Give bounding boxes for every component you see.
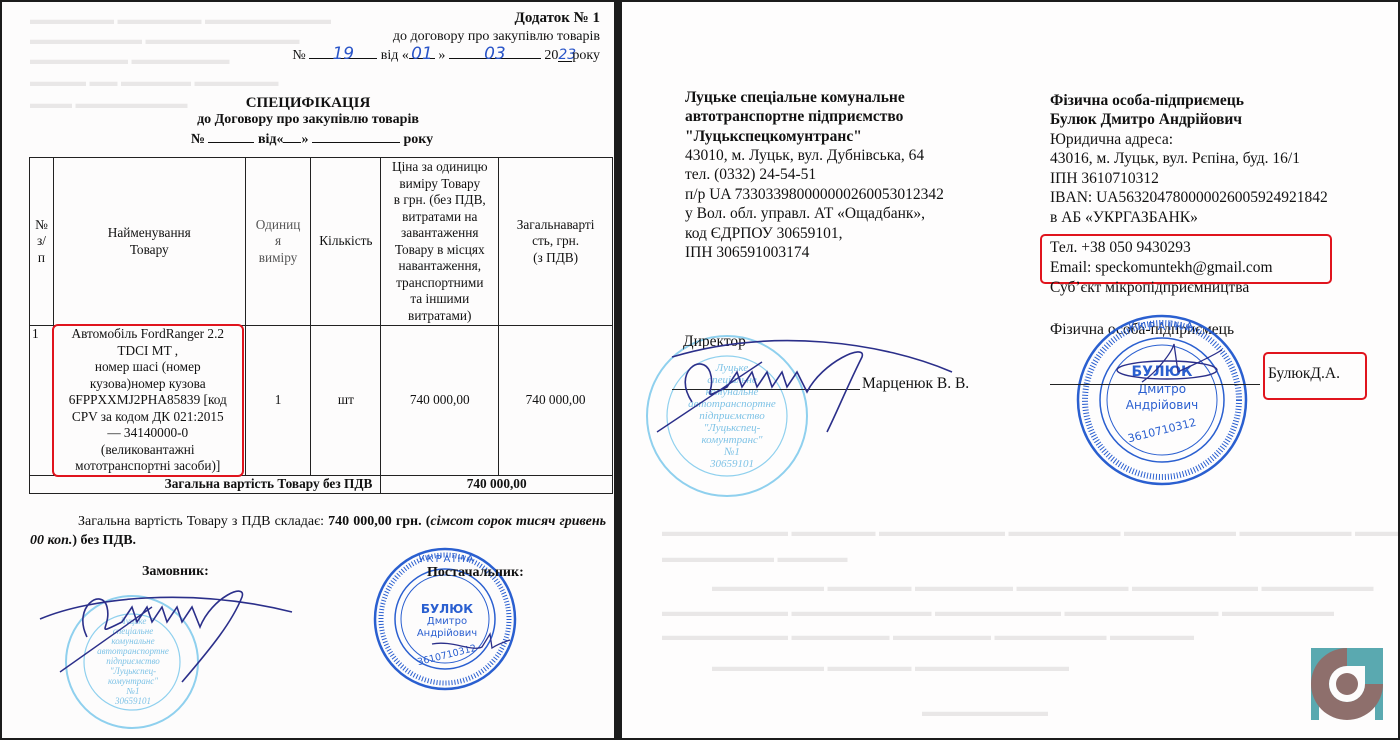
text-line: ІПН 306591003174 xyxy=(685,243,944,262)
appendix-title: Додаток № 1 xyxy=(515,10,600,27)
text-line: в АБ «УКРГАЗБАНК» xyxy=(1050,208,1328,227)
text-line: я xyxy=(248,233,309,250)
supplier-details: Юридична адреса:43016, м. Луцьк, вул. Рє… xyxy=(1050,130,1328,227)
text-line: — 34140000-0 xyxy=(56,425,240,442)
bleed-through-text: ▬▬▬▬▬▬▬▬▬ ▬▬▬▬▬▬▬▬▬▬ ▬▬▬▬▬▬▬▬▬ ▬▬▬▬▬▬▬▬▬… xyxy=(662,602,1334,623)
contract-day: 01 xyxy=(411,44,433,64)
from-label: від« xyxy=(258,132,284,147)
text-line: ІПН 3610710312 xyxy=(1050,169,1328,188)
total-value: 740 000,00 xyxy=(381,475,613,493)
bleed-through-text: ▬▬▬▬▬▬▬▬ ▬▬▬▬▬▬ ▬▬▬▬▬▬▬▬▬▬▬ xyxy=(712,657,1069,678)
text-line: Товару xyxy=(56,242,243,259)
customer-company-details: 43010, м. Луцьк, вул. Дубнівська, 64тел.… xyxy=(685,146,944,262)
text-line: навантаження, xyxy=(383,258,496,275)
bleed-through-text: ▬▬▬▬▬▬▬▬▬ ▬▬▬▬▬▬ ▬▬▬▬▬▬▬▬▬ ▬▬▬▬▬▬▬▬ ▬▬▬▬… xyxy=(662,522,1398,543)
bleed-through-text: ▬▬▬▬ ▬▬ ▬▬▬▬▬ ▬▬▬▬▬▬ xyxy=(30,72,279,93)
director-signature xyxy=(632,332,962,442)
text-line: (з ПДВ) xyxy=(501,250,610,267)
header-price: Ціна за одиницювиміру Товарув грн. (без … xyxy=(381,158,499,326)
row-num: 1 xyxy=(30,326,54,476)
row-total: 740 000,00 xyxy=(499,326,613,476)
header-total: Загальнавартість, грн.(з ПДВ) xyxy=(499,158,613,326)
spec-subtitle: до Договору про закупівлю товарів xyxy=(2,112,614,128)
supplier-stamp-surname: БУЛЮК xyxy=(397,602,497,616)
text-line: п xyxy=(32,250,51,267)
supplier-stamp-country: УКРАЇНА xyxy=(392,554,502,565)
number-prefix: № xyxy=(292,48,305,63)
appendix-subtitle: до договору про закупівлю товарів xyxy=(393,29,600,45)
text-line: Луцьке спеціальне комунальне xyxy=(685,88,905,107)
bleed-through-text: ▬▬▬▬▬▬▬▬▬ ▬▬▬▬▬▬▬ ▬▬▬▬▬▬▬ ▬▬▬▬▬▬▬▬ ▬▬▬▬▬… xyxy=(662,626,1194,647)
total-label: Загальна вартість Товару без ПДВ xyxy=(30,475,381,493)
text-line: IBAN: UA563204780000026005924921842 xyxy=(1050,188,1328,207)
text-line: та іншими xyxy=(383,291,496,308)
text-line: Фізична особа-підприємець xyxy=(1050,91,1244,110)
bleed-through-text: ▬▬▬▬▬▬▬▬ ▬▬▬▬▬ xyxy=(662,548,848,569)
text-line: номер шасі (номер xyxy=(56,359,240,376)
text-line: у Вол. обл. управл. АТ «Ощадбанк», xyxy=(685,204,944,223)
text-line: в грн. (без ПДВ, xyxy=(383,192,496,209)
text-line: транспортними xyxy=(383,275,496,292)
year-prefix: 20 xyxy=(544,48,558,63)
text-line: 30659101 xyxy=(682,458,782,470)
spec-title: СПЕЦИФІКАЦІЯ xyxy=(2,95,614,112)
text-line: мототранспортні засоби)] xyxy=(56,458,240,475)
text-line: "Луцькспецкомунтранс" xyxy=(685,127,905,146)
text-line: завантаження xyxy=(383,225,496,242)
text-line: Кількість xyxy=(313,233,378,250)
summary-lead: Загальна вартість Товару з ПДВ складає: xyxy=(78,514,324,529)
text-line: Найменування xyxy=(56,225,243,242)
row-qty: шт xyxy=(311,326,381,476)
text-line: №1 xyxy=(88,686,178,696)
text-line: (великовантажні xyxy=(56,442,240,459)
text-line: витратами) xyxy=(383,308,496,325)
text-line: 6FPPXXMJ2PHA85839 [код xyxy=(56,392,240,409)
text-line: Булюк Дмитро Андрійович xyxy=(1050,110,1244,129)
text-line: Автомобіль FordRanger 2.2 xyxy=(56,326,240,343)
bleed-through-text: ▬▬▬▬▬▬▬▬ ▬▬▬▬▬▬ ▬▬▬▬▬▬▬ ▬▬▬▬▬▬▬▬ ▬▬▬▬▬▬▬… xyxy=(712,577,1374,598)
contract-details-page: ▬▬▬▬▬▬▬▬▬ ▬▬▬▬▬▬ ▬▬▬▬▬▬▬▬▬ ▬▬▬▬▬▬▬▬ ▬▬▬▬… xyxy=(622,2,1398,738)
bleed-through-text: ▬▬▬▬▬▬▬▬ ▬▬▬▬▬▬▬▬▬▬▬ xyxy=(30,30,300,51)
year-suffix: року xyxy=(403,132,433,147)
text-line: Ціна за одиницю xyxy=(383,159,496,176)
text-line: 30659101 xyxy=(88,696,178,706)
summary-paragraph: Загальна вартість Товару з ПДВ складає: … xyxy=(30,512,606,550)
text-line: TDCI MT , xyxy=(56,343,240,360)
entrepreneur-name: БулюкД.А. xyxy=(1268,364,1340,383)
row-name: Автомобіль FordRanger 2.2TDCI MT ,номер … xyxy=(53,326,245,476)
text-line: тел. (0332) 24-54-51 xyxy=(685,165,944,184)
supplier-name: Фізична особа-підприємецьБулюк Дмитро Ан… xyxy=(1050,91,1244,130)
header-name: НайменуванняТовару xyxy=(53,158,245,326)
text-line: виміру xyxy=(248,250,309,267)
supplier-signature xyxy=(432,622,512,662)
row-price: 740 000,00 xyxy=(381,326,499,476)
blank-number xyxy=(208,128,254,143)
specification-table: №з/п НайменуванняТовару Одиницявиміру Кі… xyxy=(29,157,613,494)
text-line: Товару в місцях xyxy=(383,242,496,259)
text-line: №1 xyxy=(682,446,782,458)
text-line: витратами на xyxy=(383,209,496,226)
summary-amount: 740 000,00 грн. xyxy=(328,514,421,529)
text-line: Загальнаварті xyxy=(501,217,610,234)
paren-close: ) xyxy=(72,533,77,548)
supplier-email: Email: speckomuntekh@gmail.com xyxy=(1050,258,1273,277)
text-line: автотранспортне підприємство xyxy=(685,107,905,126)
text-line: сть, грн. xyxy=(501,233,610,250)
table-row: 1 Автомобіль FordRanger 2.2TDCI MT ,номе… xyxy=(30,326,613,476)
text-line: 43010, м. Луцьк, вул. Дубнівська, 64 xyxy=(685,146,944,165)
text-line: Одиниц xyxy=(248,217,309,234)
entrepreneur-stamp-patronymic: Андрійович xyxy=(1112,398,1212,412)
appendix-number-line: № 19 від «01 » 03 2023року xyxy=(292,44,600,64)
text-line: Юридична адреса: xyxy=(1050,130,1328,149)
header-num: №з/п xyxy=(30,158,54,326)
table-total-row: Загальна вартість Товару без ПДВ 740 000… xyxy=(30,475,613,493)
bleed-through-text: ▬▬▬▬▬▬ ▬▬▬▬▬▬ ▬▬▬▬▬▬▬▬▬ xyxy=(30,10,331,31)
bleed-through-text: ▬▬▬▬▬▬▬ ▬▬▬▬▬▬▬ xyxy=(30,50,230,71)
specification-page: ▬▬▬▬▬▬ ▬▬▬▬▬▬ ▬▬▬▬▬▬▬▬▬ ▬▬▬▬▬▬▬▬ ▬▬▬▬▬▬▬… xyxy=(2,2,614,738)
text-line: CPV за кодом ДК 021:2015 xyxy=(56,409,240,426)
number-prefix: № xyxy=(191,132,205,147)
summary-tail: без ПДВ. xyxy=(81,533,137,548)
customer-signature xyxy=(32,577,292,687)
supplier-phone: Тел. +38 050 9430293 xyxy=(1050,238,1191,257)
contract-month: 03 xyxy=(484,44,506,64)
highlighted-product-name: Автомобіль FordRanger 2.2TDCI MT ,номер … xyxy=(54,326,242,475)
text-line: 43016, м. Луцьк, вул. Рєпіна, буд. 16/1 xyxy=(1050,149,1328,168)
mid-mark: » xyxy=(301,132,308,147)
entrepreneur-stamp-country: УКРАЇНА xyxy=(1112,320,1212,333)
text-line: кузова)номер кузова xyxy=(56,376,240,393)
header-unit: Одиницявиміру xyxy=(245,158,311,326)
bleed-through-text: ▬▬▬▬▬▬▬▬▬ xyxy=(922,702,1048,723)
blank-month xyxy=(312,128,400,143)
blank-day xyxy=(283,128,301,143)
date-from-label: від « xyxy=(381,48,409,63)
date-mid: » xyxy=(438,48,445,63)
text-line: код ЄДРПОУ 30659101, xyxy=(685,224,944,243)
row-unit: 1 xyxy=(245,326,311,476)
entrepreneur-signature xyxy=(1112,342,1232,392)
spec-number-line: № від«» року xyxy=(2,128,614,148)
supplier-label: Постачальник: xyxy=(427,565,524,581)
year-suffix: року xyxy=(572,48,600,63)
text-line: п/р UA 733033980000000260053012342 xyxy=(685,185,944,204)
contract-number: 19 xyxy=(332,44,354,64)
text-line: з/ xyxy=(32,233,51,250)
text-line: виміру Товару xyxy=(383,176,496,193)
header-qty: Кількість xyxy=(311,158,381,326)
supplier-status: Суб’єкт мікропідприємництва xyxy=(1050,278,1249,297)
brand-logo-icon xyxy=(1311,648,1383,720)
customer-company-name: Луцьке спеціальне комунальнеавтотранспор… xyxy=(685,88,905,146)
text-line: № xyxy=(32,217,51,234)
table-header-row: №з/п НайменуванняТовару Одиницявиміру Кі… xyxy=(30,158,613,326)
